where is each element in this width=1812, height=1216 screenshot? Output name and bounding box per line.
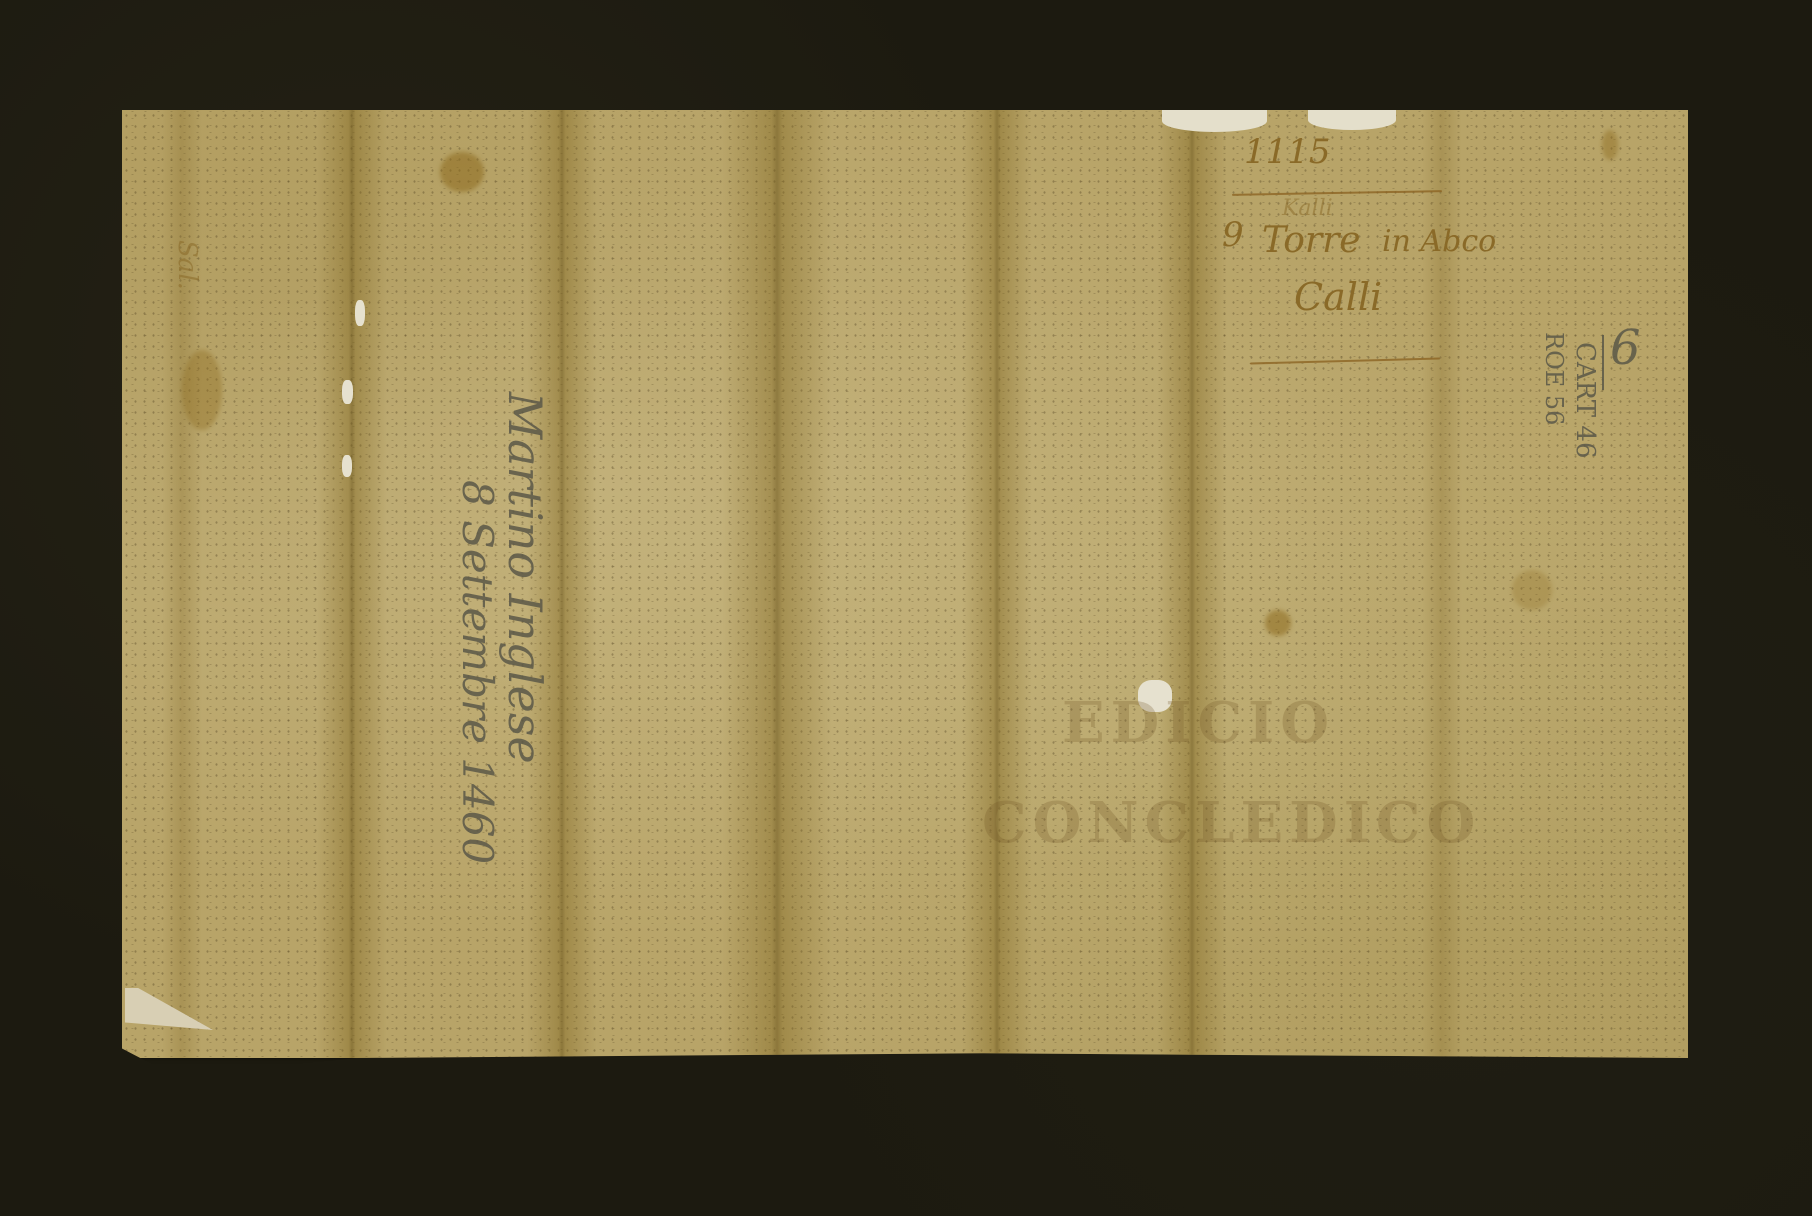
hole <box>342 455 352 477</box>
bleed-through-line-1: EDICIO <box>1062 690 1335 756</box>
stain-spot <box>1265 610 1291 636</box>
ink-note-torre: Torre <box>1262 220 1361 261</box>
tear-top <box>1162 110 1267 132</box>
ink-note-calli: Calli <box>1294 275 1382 319</box>
stain-spot <box>1512 570 1552 610</box>
pencil-roe: ROE 56 <box>1540 332 1568 425</box>
stain-spot <box>440 152 484 192</box>
parchment-sheet: 1115 Kalli 9 Torre in Abco Calli Sal. 6 … <box>122 110 1688 1058</box>
ink-note-prefix: 9 <box>1222 215 1244 255</box>
stain-spot <box>182 350 222 430</box>
pencil-shelf-line <box>1602 335 1604 390</box>
fold-line-4 <box>722 110 832 1058</box>
hole <box>342 380 353 404</box>
ink-note-small: Kalli <box>1282 196 1333 221</box>
hole <box>355 300 365 326</box>
fold-line-5 <box>962 110 1032 1058</box>
tear-top <box>1308 110 1396 130</box>
fold-line-2 <box>317 110 387 1058</box>
pencil-cart: CART 46 <box>1570 342 1600 458</box>
pencil-date: 8 Settembre 1460 <box>453 480 502 864</box>
ink-note-in-abco: in Abco <box>1382 224 1496 259</box>
margin-mark: Sal. <box>172 240 202 290</box>
bleed-through-line-2: CONCLEDICO <box>982 790 1481 856</box>
pencil-name: Martino Inglese <box>498 392 552 764</box>
fold-line-6 <box>1157 110 1227 1058</box>
ink-note-number: 1115 <box>1244 132 1331 172</box>
stain-spot <box>1602 130 1618 160</box>
pencil-shelf-number: 6 <box>1610 320 1641 376</box>
